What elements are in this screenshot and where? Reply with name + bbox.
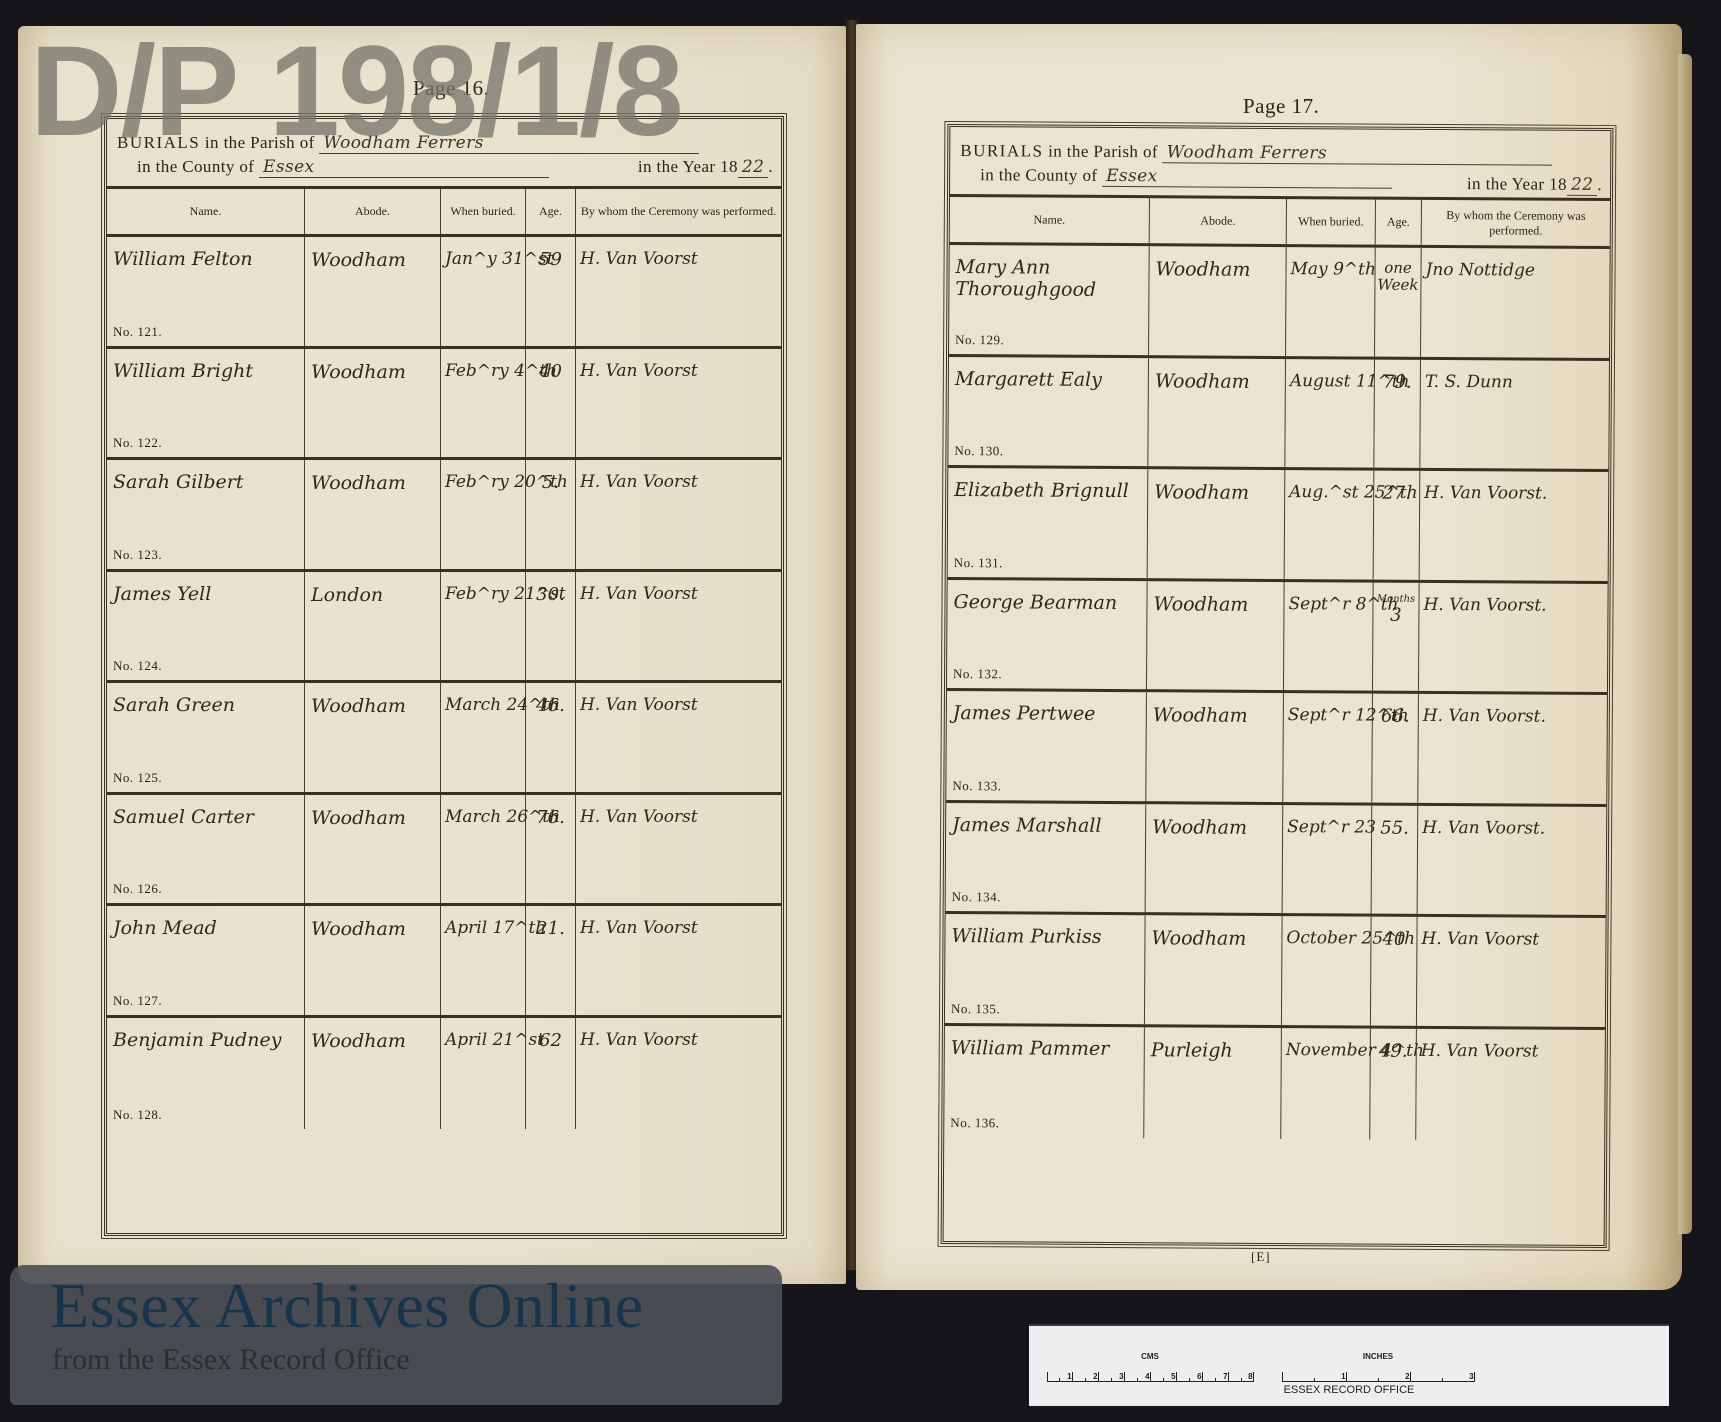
burial-register-table: BURIALS in the Parish of Woodham Ferrers… [941,124,1614,1248]
entry-name: Sarah Green [113,695,300,717]
inches-tick-label: 3 [1469,1372,1473,1381]
parish-value: Woodham Ferrers [319,133,699,154]
entry-number: No. 126. [113,881,162,897]
entry-officiant: H. Van Voorst. [1419,582,1608,692]
entry-when-buried: Aug.^st 25^th [1285,470,1375,579]
entry-when-buried: March 24^th [441,683,526,792]
entry-number: No. 134. [952,889,1001,905]
entry-abode: Woodham [305,906,441,1015]
entry-when-buried: Feb^ry 20^th [441,460,526,569]
entry-name: William Purkiss [951,926,1140,949]
entry-officiant: H. Van Voorst. [1418,805,1607,915]
cms-tick-label: 3 [1119,1372,1123,1381]
page-17: Page 17. BURIALS in the Parish of Woodha… [856,24,1682,1290]
entry-officiant: H. Van Voorst [576,906,781,1015]
entry-age: 40 [526,349,576,458]
burial-entry: William PurkissNo. 135. Woodham October … [945,914,1606,1030]
entry-abode: Woodham [1148,358,1286,467]
column-header-when-buried: When buried. [1287,199,1376,245]
entry-officiant: H. Van Voorst [576,1018,781,1130]
entry-number: No. 125. [113,770,162,786]
inches-label: INCHES [1363,1352,1393,1361]
entry-number: No. 132. [953,666,1002,682]
entry-abode: Woodham [1149,246,1287,355]
inches-scale: INCHES 1 2 3 [1282,1352,1474,1382]
cms-scale: CMS 1 2 3 4 5 6 7 8 [1047,1352,1253,1382]
ruler-caption: ESSEX RECORD OFFICE [1029,1384,1669,1396]
entry-officiant: H. Van Voorst [576,795,781,904]
burial-entry: James YellNo. 124. London Feb^ry 21^st 3… [107,572,781,684]
column-headers: Name. Abode. When buried. Age. By whom t… [107,189,781,237]
entry-abode: Woodham [305,349,441,458]
cms-tick-label: 1 [1067,1372,1071,1381]
entry-age: 66. [1372,694,1419,803]
burial-entry: Benjamin PudneyNo. 128. Woodham April 21… [107,1018,781,1130]
cms-tick-label: 5 [1171,1372,1175,1381]
signature-mark: [E] [1251,1249,1271,1265]
entry-officiant: H. Van Voorst. [1418,694,1607,804]
entry-when-buried: Sept^r 12^th [1283,693,1373,802]
entry-officiant: H. Van Voorst. [1420,471,1609,581]
column-headers: Name. Abode. When buried. Age. By whom t… [950,197,1610,249]
entry-name: James Yell [113,584,300,606]
entry-name: George Bearman [953,592,1142,615]
cms-tick-label: 8 [1248,1372,1252,1381]
cms-tick-label: 2 [1093,1372,1097,1381]
entry-age: 62 [526,1018,576,1130]
entry-name: Sarah Gilbert [113,472,300,494]
burial-entry: Margarett EalyNo. 130. Woodham August 11… [948,356,1609,472]
parish-label: in the Parish of [205,133,315,152]
entry-number: No. 128. [113,1107,162,1123]
entry-age: 21. [526,906,576,1015]
brand-subtitle: from the Essex Record Office [52,1343,410,1377]
entry-number: No. 123. [113,547,162,563]
column-header-when-buried: When buried. [441,189,526,234]
entry-officiant: H. Van Voorst [576,460,781,569]
entry-name: Mary Ann Thoroughgood [955,257,1144,302]
entry-officiant: H. Van Voorst [576,349,781,458]
register-heading: BURIALS in the Parish of Woodham Ferrers… [107,119,781,189]
entry-age: 40 [1371,917,1418,1026]
entry-abode: Woodham [305,1018,441,1130]
entry-when-buried: Feb^ry 4^th [441,349,526,458]
entry-age: 49. [1370,1028,1417,1140]
entry-abode: Woodham [1147,581,1285,690]
essex-archives-banner: Essex Archives Online from the Essex Rec… [10,1265,782,1405]
entry-officiant: H. Van Voorst [1417,917,1606,1027]
burial-entry: William BrightNo. 122. Woodham Feb^ry 4^… [107,349,781,461]
entry-number: No. 124. [113,658,162,674]
burial-register-table: BURIALS in the Parish of Woodham Ferrers… [104,116,784,1236]
entry-age: one Week [1375,248,1422,357]
page-edges [1678,54,1692,1234]
entry-number: No. 136. [950,1115,999,1131]
burial-entry: James PertweeNo. 133. Woodham Sept^r 12^… [946,691,1607,807]
burial-entry: William FeltonNo. 121. Woodham Jan^y 31^… [107,237,781,349]
entry-number: No. 131. [954,555,1003,571]
entry-age: 27. [1374,471,1421,580]
cms-tick-label: 7 [1223,1372,1227,1381]
entry-age-cell: Months 3 [1373,582,1420,691]
entry-abode: Woodham [305,460,441,569]
parish-value: Woodham Ferrers [1163,142,1553,165]
column-header-abode: Abode. [305,189,441,234]
entry-age-unit: Months [1376,594,1417,604]
burial-entry: Elizabeth BrignullNo. 131. Woodham Aug.^… [948,468,1609,584]
entry-officiant: H. Van Voorst [576,572,781,681]
entry-officiant: H. Van Voorst [576,237,781,346]
cms-label: CMS [1141,1352,1159,1361]
entry-abode: Purleigh [1144,1027,1282,1139]
entry-officiant: Jno Nottidge [1421,248,1610,358]
entry-number: No. 130. [954,443,1003,459]
entry-name: Benjamin Pudney [113,1030,300,1052]
entry-abode: Woodham [305,683,441,792]
entry-age: 30. [526,572,576,681]
entry-age: 5. [526,460,576,569]
entry-name: James Pertwee [953,703,1142,726]
burial-entry: William PammerNo. 136. Purleigh November… [944,1025,1605,1141]
entry-name: William Felton [113,249,300,271]
column-header-age: Age. [1376,200,1422,245]
burial-entry: Mary Ann ThoroughgoodNo. 129. Woodham Ma… [949,245,1610,361]
burial-entry: George BearmanNo. 132. Woodham Sept^r 8^… [947,579,1608,695]
column-header-officiant: By whom the Ceremony was performed. [576,189,781,234]
entry-age: 55. [1372,805,1419,914]
entry-abode: Woodham [1146,692,1284,801]
entry-when-buried: April 17^th [441,906,526,1015]
entry-name: Samuel Carter [113,807,300,829]
entry-when-buried: August 11^th [1285,359,1375,468]
entry-when-buried: May 9^th [1286,247,1376,356]
entry-number: No. 122. [113,435,162,451]
entry-name: Margarett Ealy [955,369,1144,392]
burial-entry: Sarah GilbertNo. 123. Woodham Feb^ry 20^… [107,460,781,572]
county-value: Essex [1102,166,1392,189]
column-header-name: Name. [950,197,1150,243]
entry-when-buried: November 4^th [1281,1028,1371,1140]
entry-number: No. 129. [955,332,1004,348]
entry-abode: Woodham [305,795,441,904]
brand-title: Essex Archives Online [50,1269,644,1343]
column-header-name: Name. [107,189,305,234]
page-number: Page 16. [413,76,489,101]
entry-age: 79. [1374,359,1421,468]
entry-age: 3 [1390,604,1402,625]
entry-officiant: T. S. Dunn [1420,359,1609,469]
register-heading: BURIALS in the Parish of Woodham Ferrers… [950,127,1610,201]
burials-label: BURIALS [960,141,1043,161]
entry-age: 46. [526,683,576,792]
entry-name: William Bright [113,361,300,383]
entry-number: No. 127. [113,993,162,1009]
entry-number: No. 133. [952,778,1001,794]
inches-tick-label: 1 [1341,1372,1345,1381]
burials-label: BURIALS [117,133,200,152]
year-label: in the Year 18 [1467,174,1567,194]
column-header-officiant: By whom the Ceremony was performed. [1422,200,1610,246]
burial-entry: James MarshallNo. 134. Woodham Sept^r 23… [946,802,1607,918]
burial-entry: Sarah GreenNo. 125. Woodham March 24^th … [107,683,781,795]
column-header-age: Age. [526,189,576,234]
county-label: in the County of [137,157,254,176]
entry-when-buried: Feb^ry 21^st [441,572,526,681]
entry-when-buried: March 26^th [441,795,526,904]
scale-ruler: CMS 1 2 3 4 5 6 7 8 INCHES 1 2 3 ESSEX R… [1029,1324,1669,1406]
entry-name: John Mead [113,918,300,940]
entry-when-buried: April 21^st [441,1018,526,1130]
entry-abode: Woodham [1146,804,1284,913]
entry-name: William Pammer [951,1038,1140,1061]
cms-tick-label: 6 [1197,1372,1201,1381]
entry-when-buried: Sept^r 23 [1283,805,1373,914]
entry-age: 76. [526,795,576,904]
entry-officiant: H. Van Voorst [1416,1028,1605,1141]
entry-name: James Marshall [952,815,1141,838]
entry-officiant: H. Van Voorst [576,683,781,792]
county-label: in the County of [980,165,1097,185]
entry-abode: Woodham [1148,469,1286,578]
entry-abode: Woodham [305,237,441,346]
cms-tick-label: 4 [1145,1372,1149,1381]
burial-entry: Samuel CarterNo. 126. Woodham March 26^t… [107,795,781,907]
column-header-abode: Abode. [1150,198,1287,244]
entry-number: No. 135. [951,1001,1000,1017]
page-16: Page 16. BURIALS in the Parish of Woodha… [18,26,846,1284]
county-value: Essex [259,157,549,178]
entry-when-buried: Sept^r 8^th [1284,582,1374,691]
page-number: Page 17. [1243,94,1319,119]
parish-label: in the Parish of [1048,142,1158,162]
entry-name: Elizabeth Brignull [954,480,1143,503]
burial-entry: John MeadNo. 127. Woodham April 17^th 21… [107,906,781,1018]
entry-when-buried: October 25^th [1282,916,1372,1025]
entry-number: No. 121. [113,324,162,340]
entry-age: 59 [526,237,576,346]
entry-abode: London [305,572,441,681]
year-label: in the Year 18 [638,157,738,176]
entry-when-buried: Jan^y 31^st [441,237,526,346]
entry-abode: Woodham [1145,915,1283,1024]
year-value: 22 [1567,175,1598,196]
year-value: 22 [738,157,768,178]
inches-tick-label: 2 [1405,1372,1409,1381]
